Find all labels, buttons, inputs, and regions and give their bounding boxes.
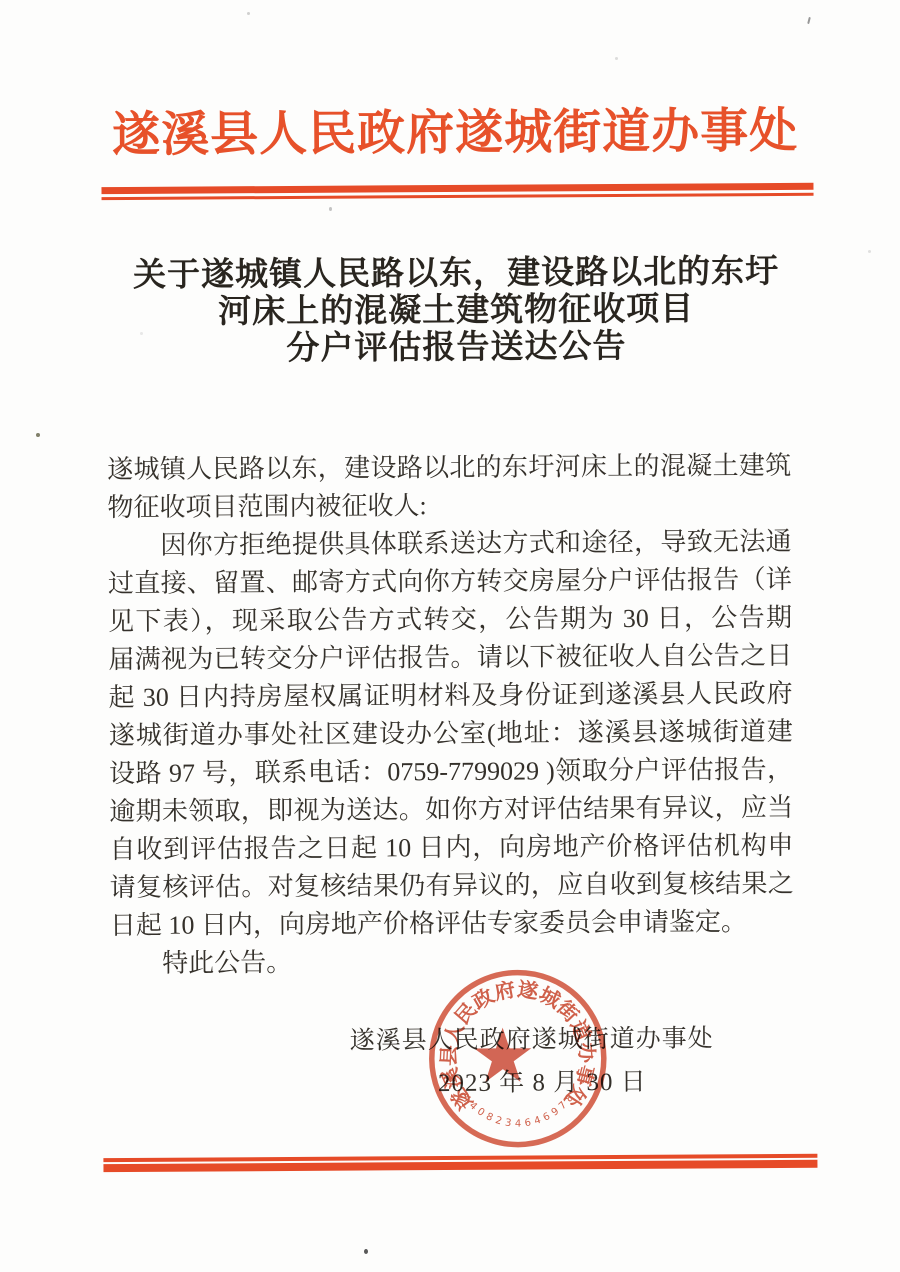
seal-star-icon [474, 1028, 531, 1083]
footer-rule-thick [103, 1160, 817, 1172]
scan-speck [329, 207, 332, 211]
letterhead-title: 遂溪县人民政府遂城街道办事处 [97, 92, 813, 165]
scan-speck [36, 433, 40, 437]
seal-code: 4408234646978 [460, 1092, 576, 1130]
scan-speck [868, 250, 871, 253]
body-line: 逾期未领取，即视为送达。如你方对评估结果有异议，应当 [109, 789, 793, 831]
body-line: 设路 97 号，联系电话：0759-7799029 )领取分户评估报告， [109, 751, 793, 793]
body-line: 见下表），现采取公告方式转交，公告期为 30 日，公告期 [108, 599, 792, 641]
scan-speck [140, 332, 143, 335]
notice-body: 遂城镇人民路以东，建设路以北的东圩河床上的混凝土建筑 物征收项目范围内被征收人:… [107, 447, 794, 983]
notice-title: 关于遂城镇人民路以东，建设路以北的东圩 河床上的混凝土建筑物征收项目 分户评估报… [98, 254, 815, 369]
seal-code-holder: 4408234646978 [460, 1092, 576, 1130]
body-line: 日起 10 日内，向房地产价格评估专家委员会申请鉴定。 [110, 903, 794, 945]
body-line: 遂城街道办事处社区建设办公室(地址：遂溪县遂城街道建 [109, 713, 793, 755]
scan-speck [615, 57, 618, 60]
official-seal: 遂溪县人民政府遂城街道办事处 4408234646978 [424, 965, 612, 1153]
body-line: 起 30 日内持房屋权属证明材料及身份证到遂溪县人民政府 [108, 675, 792, 717]
scan-speck [364, 1249, 368, 1254]
body-line: 物征收项目范围内被征收人: [107, 485, 791, 527]
document-sheet: 遂溪县人民政府遂城街道办事处 关于遂城镇人民路以东，建设路以北的东圩 河床上的混… [0, 0, 900, 1272]
footer-rule [103, 1154, 817, 1172]
scan-speck [247, 12, 250, 15]
notice-title-line: 关于遂城镇人民路以东，建设路以北的东圩 [98, 254, 814, 295]
body-line: 届满视为已转交分户评估报告。请以下被征收人自公告之日 [108, 637, 792, 679]
body-line: 过直接、留置、邮寄方式向你方转交房屋分户评估报告（详 [108, 561, 792, 603]
scanned-notice-page: 遂溪县人民政府遂城街道办事处 关于遂城镇人民路以东，建设路以北的东圩 河床上的混… [0, 0, 900, 1272]
body-line: 自收到评估报告之日起 10 日内，向房地产价格评估机构申 [109, 827, 793, 869]
body-line: 因你方拒绝提供具体联系送达方式和途径，导致无法通 [108, 523, 792, 565]
header-rule-thin [102, 193, 814, 200]
body-line: 遂城镇人民路以东，建设路以北的东圩河床上的混凝土建筑 [107, 447, 791, 489]
notice-title-line: 分户评估报告送达公告 [98, 328, 814, 369]
notice-title-line: 河床上的混凝土建筑物征收项目 [98, 291, 814, 332]
header-rule-thick [101, 183, 813, 194]
header-rule [101, 183, 813, 200]
body-line: 请复核评估。对复核结果仍有异议的，应自收到复核结果之 [110, 865, 794, 907]
